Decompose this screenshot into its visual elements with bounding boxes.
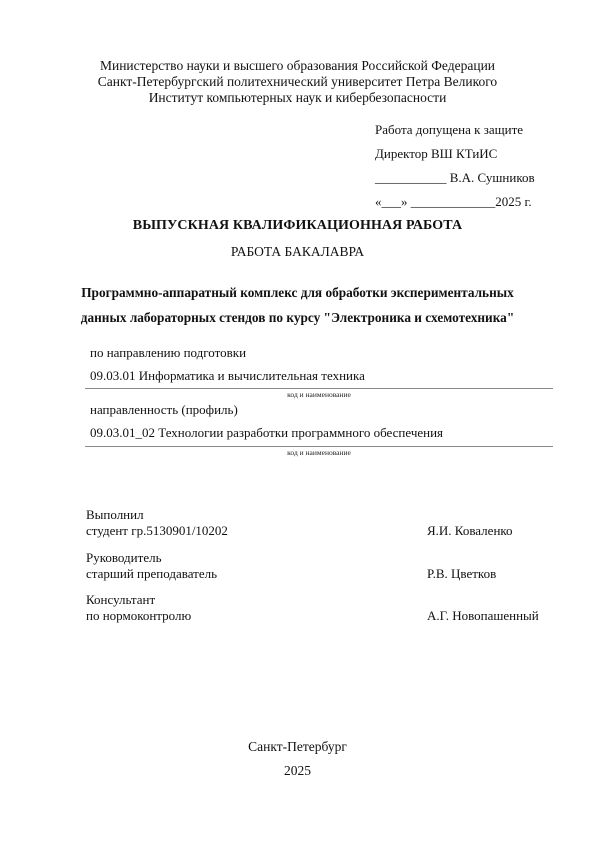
document-subtitle: РАБОТА БАКАЛАВРА xyxy=(0,244,595,260)
signature-role-author: Выполнил студент гр.5130901/10202 xyxy=(86,507,228,539)
profile-label: направленность (профиль) xyxy=(90,402,238,418)
footer-city: Санкт-Петербург xyxy=(0,739,595,755)
approval-date: «___» _____________2025 г. xyxy=(375,194,532,210)
profile-value: 09.03.01_02 Технологии разработки програ… xyxy=(90,425,443,441)
profile-underline xyxy=(85,446,553,447)
supervisor-role: Руководитель xyxy=(86,550,217,566)
signature-role-consultant: Консультант по нормоконтролю xyxy=(86,592,191,624)
approval-admitted: Работа допущена к защите xyxy=(375,122,523,138)
signature-role-supervisor: Руководитель старший преподаватель xyxy=(86,550,217,582)
consultant-role: Консультант xyxy=(86,592,191,608)
approval-position: Директор ВШ КТиИС xyxy=(375,146,497,162)
ministry-line: Министерство науки и высшего образования… xyxy=(0,58,595,74)
approval-signature: ___________ В.А. Сушников xyxy=(375,170,535,186)
direction-underline xyxy=(85,388,553,389)
document-title: ВЫПУСКНАЯ КВАЛИФИКАЦИОННАЯ РАБОТА xyxy=(0,218,595,234)
author-role: Выполнил xyxy=(86,507,228,523)
university-line: Санкт-Петербургский политехнический унив… xyxy=(0,74,595,90)
author-name: Я.И. Коваленко xyxy=(427,523,513,539)
institute-line: Институт компьютерных наук и кибербезопа… xyxy=(0,90,595,106)
thesis-title-line-2: данных лабораторных стендов по курсу "Эл… xyxy=(0,310,595,326)
author-detail: студент гр.5130901/10202 xyxy=(86,523,228,539)
direction-label: по направлению подготовки xyxy=(90,345,246,361)
footer-year: 2025 xyxy=(0,763,595,779)
consultant-name: А.Г. Новопашенный xyxy=(427,608,539,624)
supervisor-detail: старший преподаватель xyxy=(86,566,217,582)
supervisor-name: Р.В. Цветков xyxy=(427,566,496,582)
consultant-detail: по нормоконтролю xyxy=(86,608,191,624)
direction-caption: код и наименование xyxy=(85,390,553,399)
direction-value: 09.03.01 Информатика и вычислительная те… xyxy=(90,368,365,384)
thesis-title-line-1: Программно-аппаратный комплекс для обраб… xyxy=(0,285,595,301)
profile-caption: код и наименование xyxy=(85,448,553,457)
